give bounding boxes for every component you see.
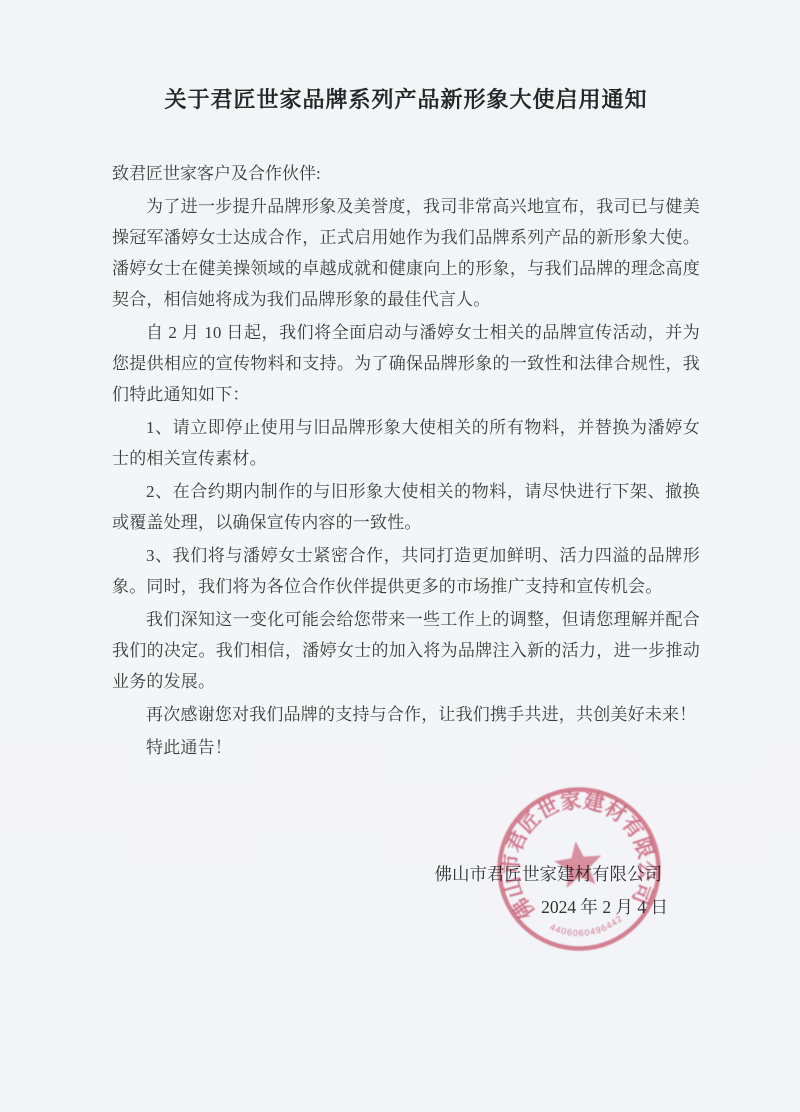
notice-paragraph: 再次感谢您对我们品牌的支持与合作，让我们携手共进，共创美好未来！ [112,699,700,730]
notice-paragraph: 自 2 月 10 日起，我们将全面启动与潘婷女士相关的品牌宣传活动，并为您提供相… [112,317,700,410]
notice-paragraph: 3、我们将与潘婷女士紧密合作，共同打造更加鲜明、活力四溢的品牌形象。同时，我们将… [112,540,700,602]
notice-title: 关于君匠世家品牌系列产品新形象大使启用通知 [112,85,700,115]
notice-paragraph: 为了进一步提升品牌形象及美誉度，我司非常高兴地宣布，我司已与健美操冠军潘婷女士达… [112,191,700,315]
notice-paragraph: 2、在合约期内制作的与旧形象大使相关的物料，请尽快进行下架、撤换或覆盖处理，以确… [112,476,700,538]
salutation: 致君匠世家客户及合作伙伴: [112,158,700,189]
document-content: 关于君匠世家品牌系列产品新形象大使启用通知 致君匠世家客户及合作伙伴: 为了进一… [112,0,700,923]
signature-block: 佛山市君匠世家建材有限公司 2024 年 2 月 4 日 [112,859,700,923]
signature-date: 2024 年 2 月 4 日 [112,892,700,923]
notice-paragraph: 1、请立即停止使用与旧品牌形象大使相关的所有物料，并替换为潘婷女士的相关宣传素材… [112,412,700,474]
signature-company-name: 佛山市君匠世家建材有限公司 [112,859,700,890]
notice-document: 关于君匠世家品牌系列产品新形象大使启用通知 致君匠世家客户及合作伙伴: 为了进一… [0,0,800,1112]
notice-paragraph: 特此通告！ [112,732,700,763]
notice-paragraph: 我们深知这一变化可能会给您带来一些工作上的调整，但请您理解并配合我们的决定。我们… [112,604,700,697]
